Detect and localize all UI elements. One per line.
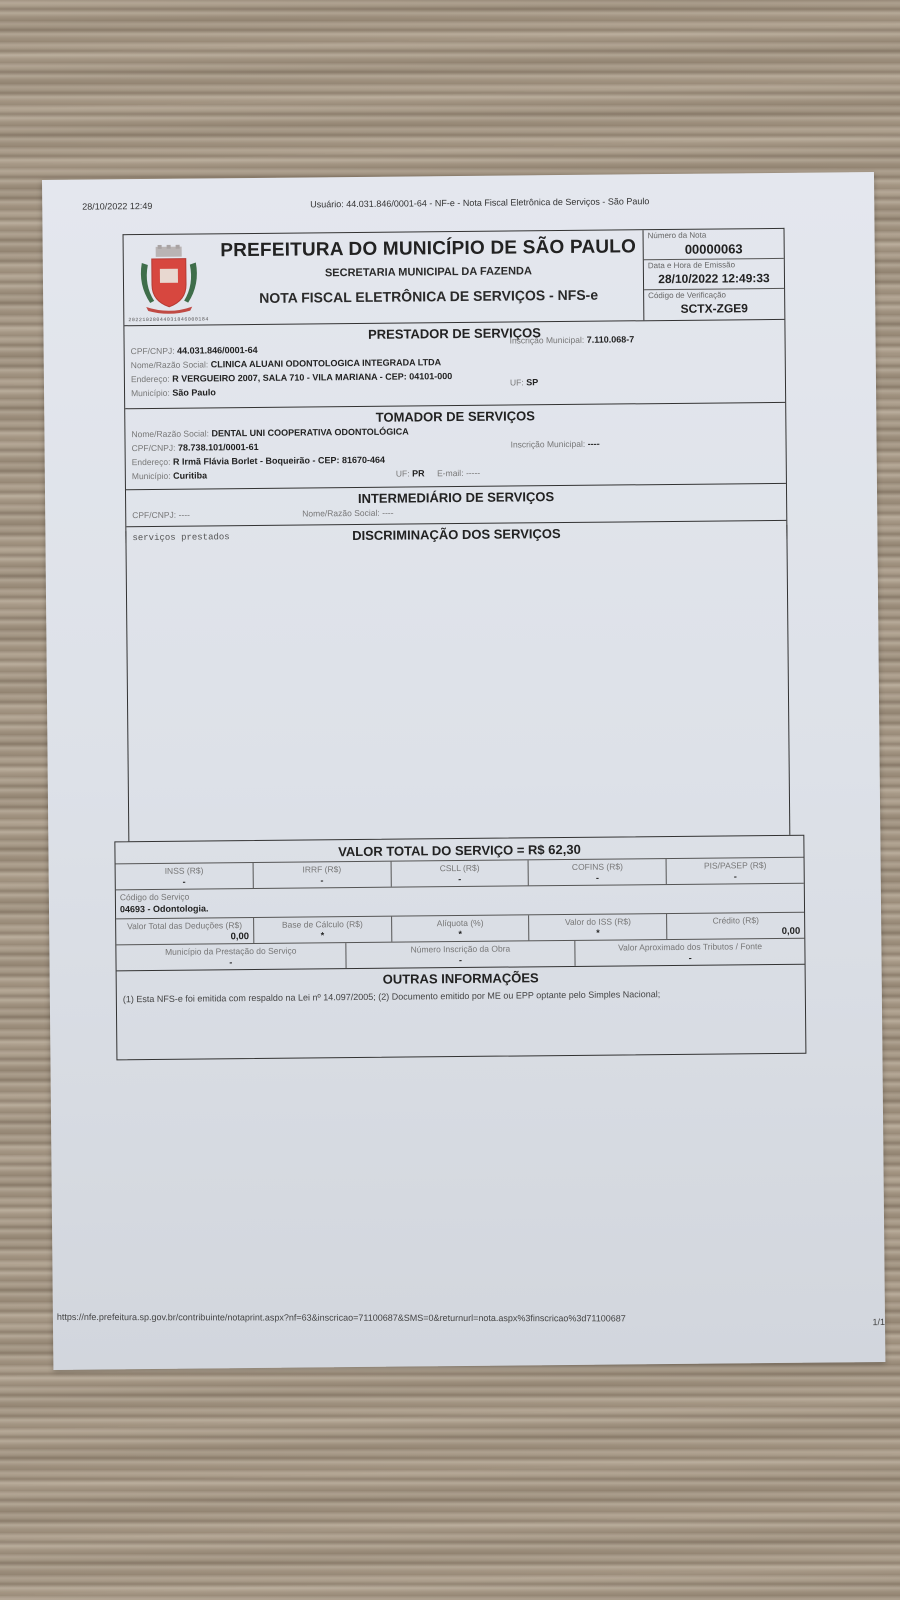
prestador-municipio: São Paulo [172,387,216,397]
verification-code: SCTX-ZGE9 [644,301,784,316]
cnpj-label: CPF/CNPJ: [132,510,176,520]
value-cell-value: 0,00 [231,931,250,942]
verification-code-cell: Código de Verificação SCTX-ZGE9 [644,289,784,319]
value-cell-label: Valor Total das Deduções (R$) [116,920,253,931]
nfse-form-lower: VALOR TOTAL DO SERVIÇO = R$ 62,30 INSS (… [114,835,806,1061]
value-cell-label: CSLL (R$) [391,862,528,873]
prestador-nome: CLINICA ALUANI ODONTOLOGICA INTEGRADA LT… [211,357,441,369]
value-cell: Valor do ISS (R$)* [529,914,667,940]
print-url: https://nfe.prefeitura.sp.gov.br/contrib… [57,1312,626,1323]
value-cell-value: - [253,875,390,886]
value-cell-value: - [529,872,666,883]
invoice-number-label: Número da Nota [648,231,707,241]
outras-section: OUTRAS INFORMAÇÕES (1) Esta NFS-e foi em… [117,965,806,1060]
value-cell-label: Base de Cálculo (R$) [254,919,391,930]
tomador-im: ---- [588,439,600,449]
value-cell-value: - [346,954,575,966]
value-cell-value: - [391,873,528,884]
prestador-section: PRESTADOR DE SERVIÇOS CPF/CNPJ: 44.031.8… [124,320,785,409]
intermediario-section: INTERMEDIÁRIO DE SERVIÇOS CPF/CNPJ: ----… [126,484,786,527]
value-cell: INSS (R$)- [116,863,254,889]
value-cell: PIS/PASEP (R$)- [667,858,804,884]
value-cell: Município da Prestação do Serviço- [116,943,346,970]
value-cell-label: Valor do ISS (R$) [529,916,666,927]
im-label: Inscrição Municipal: [511,439,586,450]
value-cell-value: * [530,927,667,938]
print-user-line: Usuário: 44.031.846/0001-64 - NF-e - Not… [310,196,649,209]
value-cell-value: - [116,956,345,968]
value-cell: IRRF (R$)- [253,862,391,888]
barcode-text: 20221028044031846000184 [128,316,209,323]
value-cell-label: Crédito (R$) [667,915,804,926]
value-cell: Número Inscrição da Obra- [346,941,576,968]
tomador-endereco: R Irmã Flávia Borlet - Boqueirão - CEP: … [173,455,385,467]
verification-code-label: Código de Verificação [648,290,726,300]
tomador-uf: PR [412,468,425,478]
value-cell: COFINS (R$)- [529,859,667,885]
discriminacao-box: serviços prestados [125,525,790,841]
print-datetime: 28/10/2022 12:49 [82,201,152,212]
invoice-number-cell: Número da Nota 00000063 [644,229,784,260]
print-page-number: 1/1 [872,1317,885,1327]
value-cell-value: - [116,876,253,887]
intermediario-cnpj: ---- [179,510,190,520]
cnpj-label: CPF/CNPJ: [132,443,176,453]
nome-label: Nome/Razão Social: [131,428,209,439]
form-titles: PREFEITURA DO MUNICÍPIO DE SÃO PAULO SEC… [214,230,644,324]
municipality-title: PREFEITURA DO MUNICÍPIO DE SÃO PAULO [214,236,643,262]
value-cell: Crédito (R$)0,00 [667,913,804,939]
prestador-cnpj: 44.031.846/0001-64 [177,345,258,356]
intermediario-nome: ---- [382,508,393,518]
crest-area: 20221028044031846000184 [124,234,215,325]
secretariat-subtitle: SECRETARIA MUNICIPAL DA FAZENDA [214,264,643,280]
form-header: 20221028044031846000184 PREFEITURA DO MU… [124,229,785,326]
value-cell: Valor Total das Deduções (R$)0,00 [116,918,254,944]
cnpj-label: CPF/CNPJ: [131,346,175,356]
value-cell-label: INSS (R$) [116,865,253,876]
value-cell-label: PIS/PASEP (R$) [667,860,804,871]
issue-datetime-label: Data e Hora de Emissão [648,260,735,270]
nome-label: Nome/Razão Social: [302,508,380,519]
uf-label: UF: [396,468,410,478]
issue-datetime-cell: Data e Hora de Emissão 28/10/2022 12:49:… [644,259,784,290]
value-cell-label: COFINS (R$) [529,861,666,872]
document-title: NOTA FISCAL ELETRÔNICA DE SERVIÇOS - NFS… [214,286,643,306]
endereco-label: Endereço: [132,457,171,467]
value-cell: Valor Aproximado dos Tributos / Fonte- [576,939,805,966]
value-cell: Alíquota (%)* [392,915,530,941]
invoice-meta: Número da Nota 00000063 Data e Hora de E… [643,229,785,320]
prestador-im: 7.110.068-7 [587,334,635,344]
value-cell-value: 0,00 [782,926,801,937]
tomador-email: ----- [466,468,480,478]
value-cell-value: - [667,871,804,882]
tomador-nome: DENTAL UNI COOPERATIVA ODONTOLÓGICA [211,426,408,438]
print-header: 28/10/2022 12:49 Usuário: 44.031.846/000… [42,194,874,202]
value-cell: Base de Cálculo (R$)* [254,917,392,943]
im-label: Inscrição Municipal: [510,335,585,346]
value-cell-value: - [576,952,805,964]
municipio-label: Município: [131,388,170,398]
tomador-cnpj: 78.738.101/0001-61 [178,442,259,453]
endereco-label: Endereço: [131,374,170,384]
value-cell-label: Alíquota (%) [392,917,529,928]
prestador-endereco: R VERGUEIRO 2007, SALA 710 - VILA MARIAN… [172,371,452,384]
value-cell: CSLL (R$)- [391,860,529,886]
tomador-municipio: Curitiba [173,470,207,480]
printed-invoice-page: 28/10/2022 12:49 Usuário: 44.031.846/000… [42,172,885,1370]
nfse-form-upper: 20221028044031846000184 PREFEITURA DO MU… [123,228,788,545]
tomador-section: TOMADOR DE SERVIÇOS Nome/Razão Social: D… [125,403,786,490]
nome-label: Nome/Razão Social: [131,359,209,370]
municipio-label: Município: [132,471,171,481]
email-label: E-mail: [437,468,464,478]
value-cell-value: * [254,930,391,941]
invoice-number: 00000063 [644,241,784,257]
value-cell-label: IRRF (R$) [253,864,390,875]
coat-of-arms-icon [136,244,203,315]
value-cell-value: * [392,928,529,939]
issue-datetime: 28/10/2022 12:49:33 [644,271,784,286]
